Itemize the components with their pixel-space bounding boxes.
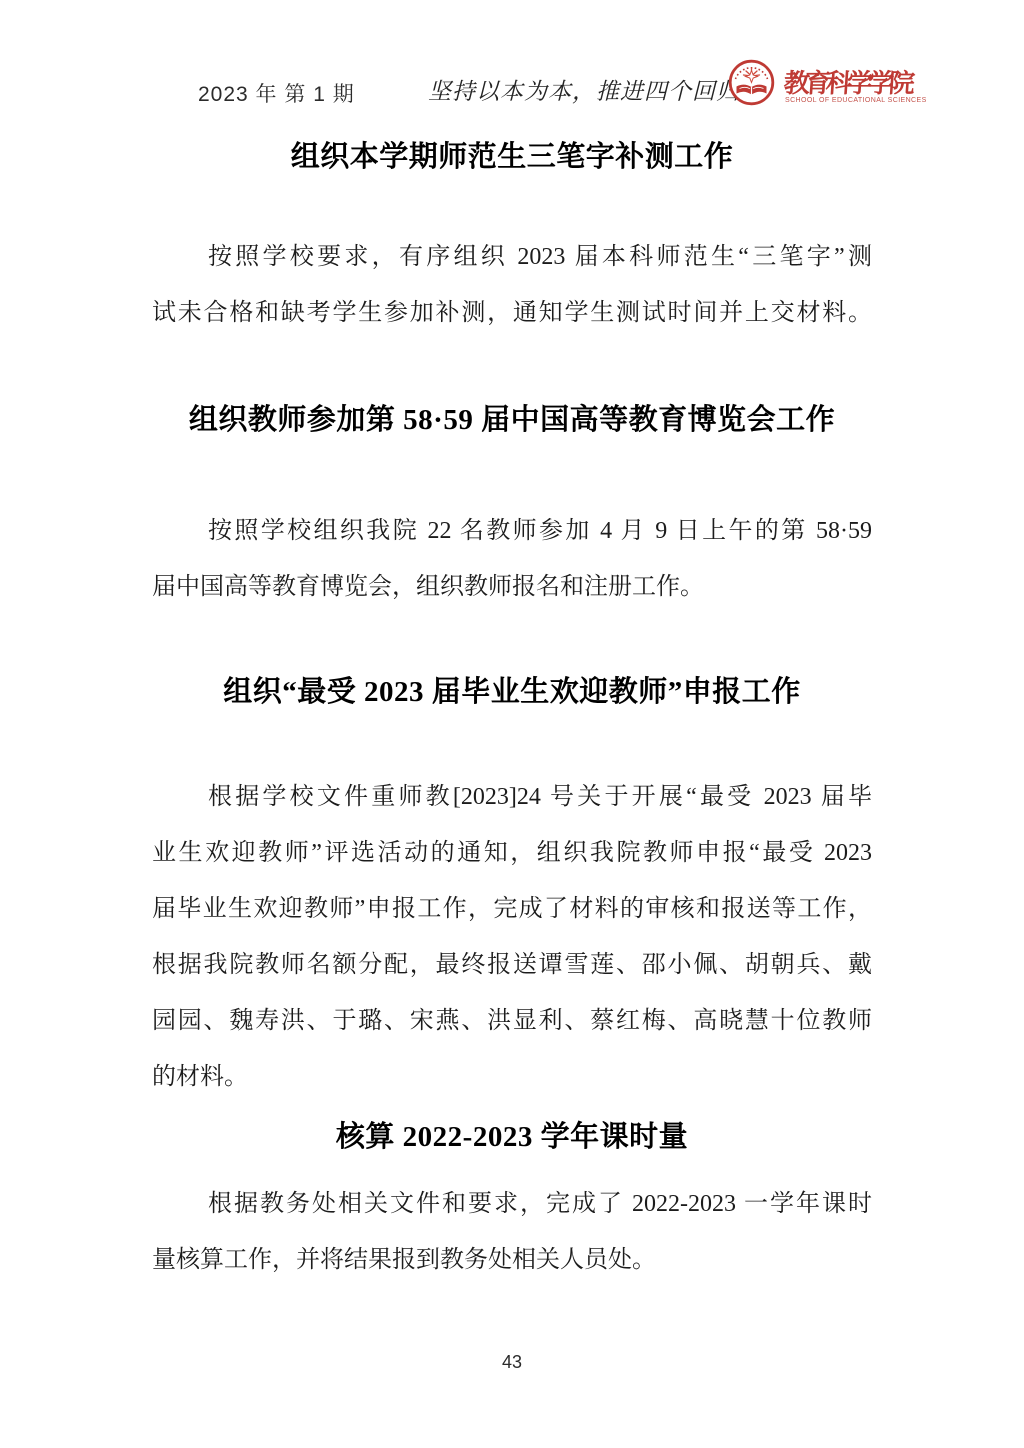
paragraph-line: 根据我院教师名额分配，最终报送谭雪莲、邵小佩、胡朝兵、戴	[152, 937, 872, 993]
page-number: 43	[0, 1352, 1024, 1373]
paragraph-line: 的材料。	[152, 1049, 872, 1105]
paragraph-line: 量核算工作，并将结果报到教务处相关人员处。	[152, 1232, 872, 1288]
paragraph-line: 园园、魏寿洪、于璐、宋燕、洪显利、蔡红梅、高晓慧十位教师	[152, 993, 872, 1049]
college-emblem-icon	[728, 59, 775, 106]
section-paragraph-course-hours: 根据教务处相关文件和要求，完成了 2022-2023 一学年课时 量核算工作，并…	[152, 1176, 872, 1288]
section-title-expo: 组织教师参加第 58·59 届中国高等教育博览会工作	[102, 397, 922, 438]
section-title-sanbizi-retest: 组织本学期师范生三笔字补测工作	[102, 134, 922, 175]
paragraph-line: 届毕业生欢迎教师”申报工作，完成了材料的审核和报送等工作，	[152, 881, 872, 937]
paragraph-line: 试未合格和缺考学生参加补测，通知学生测试时间并上交材料。	[152, 285, 872, 341]
bulletin-page: 2023 年 第 1 期 坚持以本为本，推进四个回归 教育科学学院 SCHOOL…	[0, 0, 1024, 1448]
header-motto: 坚持以本为本，推进四个回归	[428, 73, 740, 106]
paragraph-line: 按照学校要求，有序组织 2023 届本科师范生“三笔字”测	[152, 229, 872, 285]
paragraph-line: 根据学校文件重师教[2023]24 号关于开展“最受 2023 届毕	[152, 769, 872, 825]
section-paragraph-sanbizi-retest: 按照学校要求，有序组织 2023 届本科师范生“三笔字”测 试未合格和缺考学生参…	[152, 229, 872, 341]
section-title-course-hours: 核算 2022-2023 学年课时量	[102, 1114, 922, 1155]
section-paragraph-welcome-teacher: 根据学校文件重师教[2023]24 号关于开展“最受 2023 届毕 业生欢迎教…	[152, 769, 872, 1105]
paragraph-line: 届中国高等教育博览会，组织教师报名和注册工作。	[152, 559, 872, 615]
paragraph-line: 按照学校组织我院 22 名教师参加 4 月 9 日上午的第 58·59	[152, 503, 872, 559]
paragraph-line: 根据教务处相关文件和要求，完成了 2022-2023 一学年课时	[152, 1176, 872, 1232]
section-title-welcome-teacher: 组织“最受 2023 届毕业生欢迎教师”申报工作	[102, 669, 922, 710]
college-name-en: SCHOOL OF EDUCATIONAL SCIENCES	[785, 97, 927, 104]
section-paragraph-expo: 按照学校组织我院 22 名教师参加 4 月 9 日上午的第 58·59 届中国高…	[152, 503, 872, 615]
paragraph-line: 业生欢迎教师”评选活动的通知，组织我院教师申报“最受 2023	[152, 825, 872, 881]
college-name-cn: 教育科学学院	[783, 63, 912, 100]
issue-label: 2023 年 第 1 期	[198, 78, 355, 108]
